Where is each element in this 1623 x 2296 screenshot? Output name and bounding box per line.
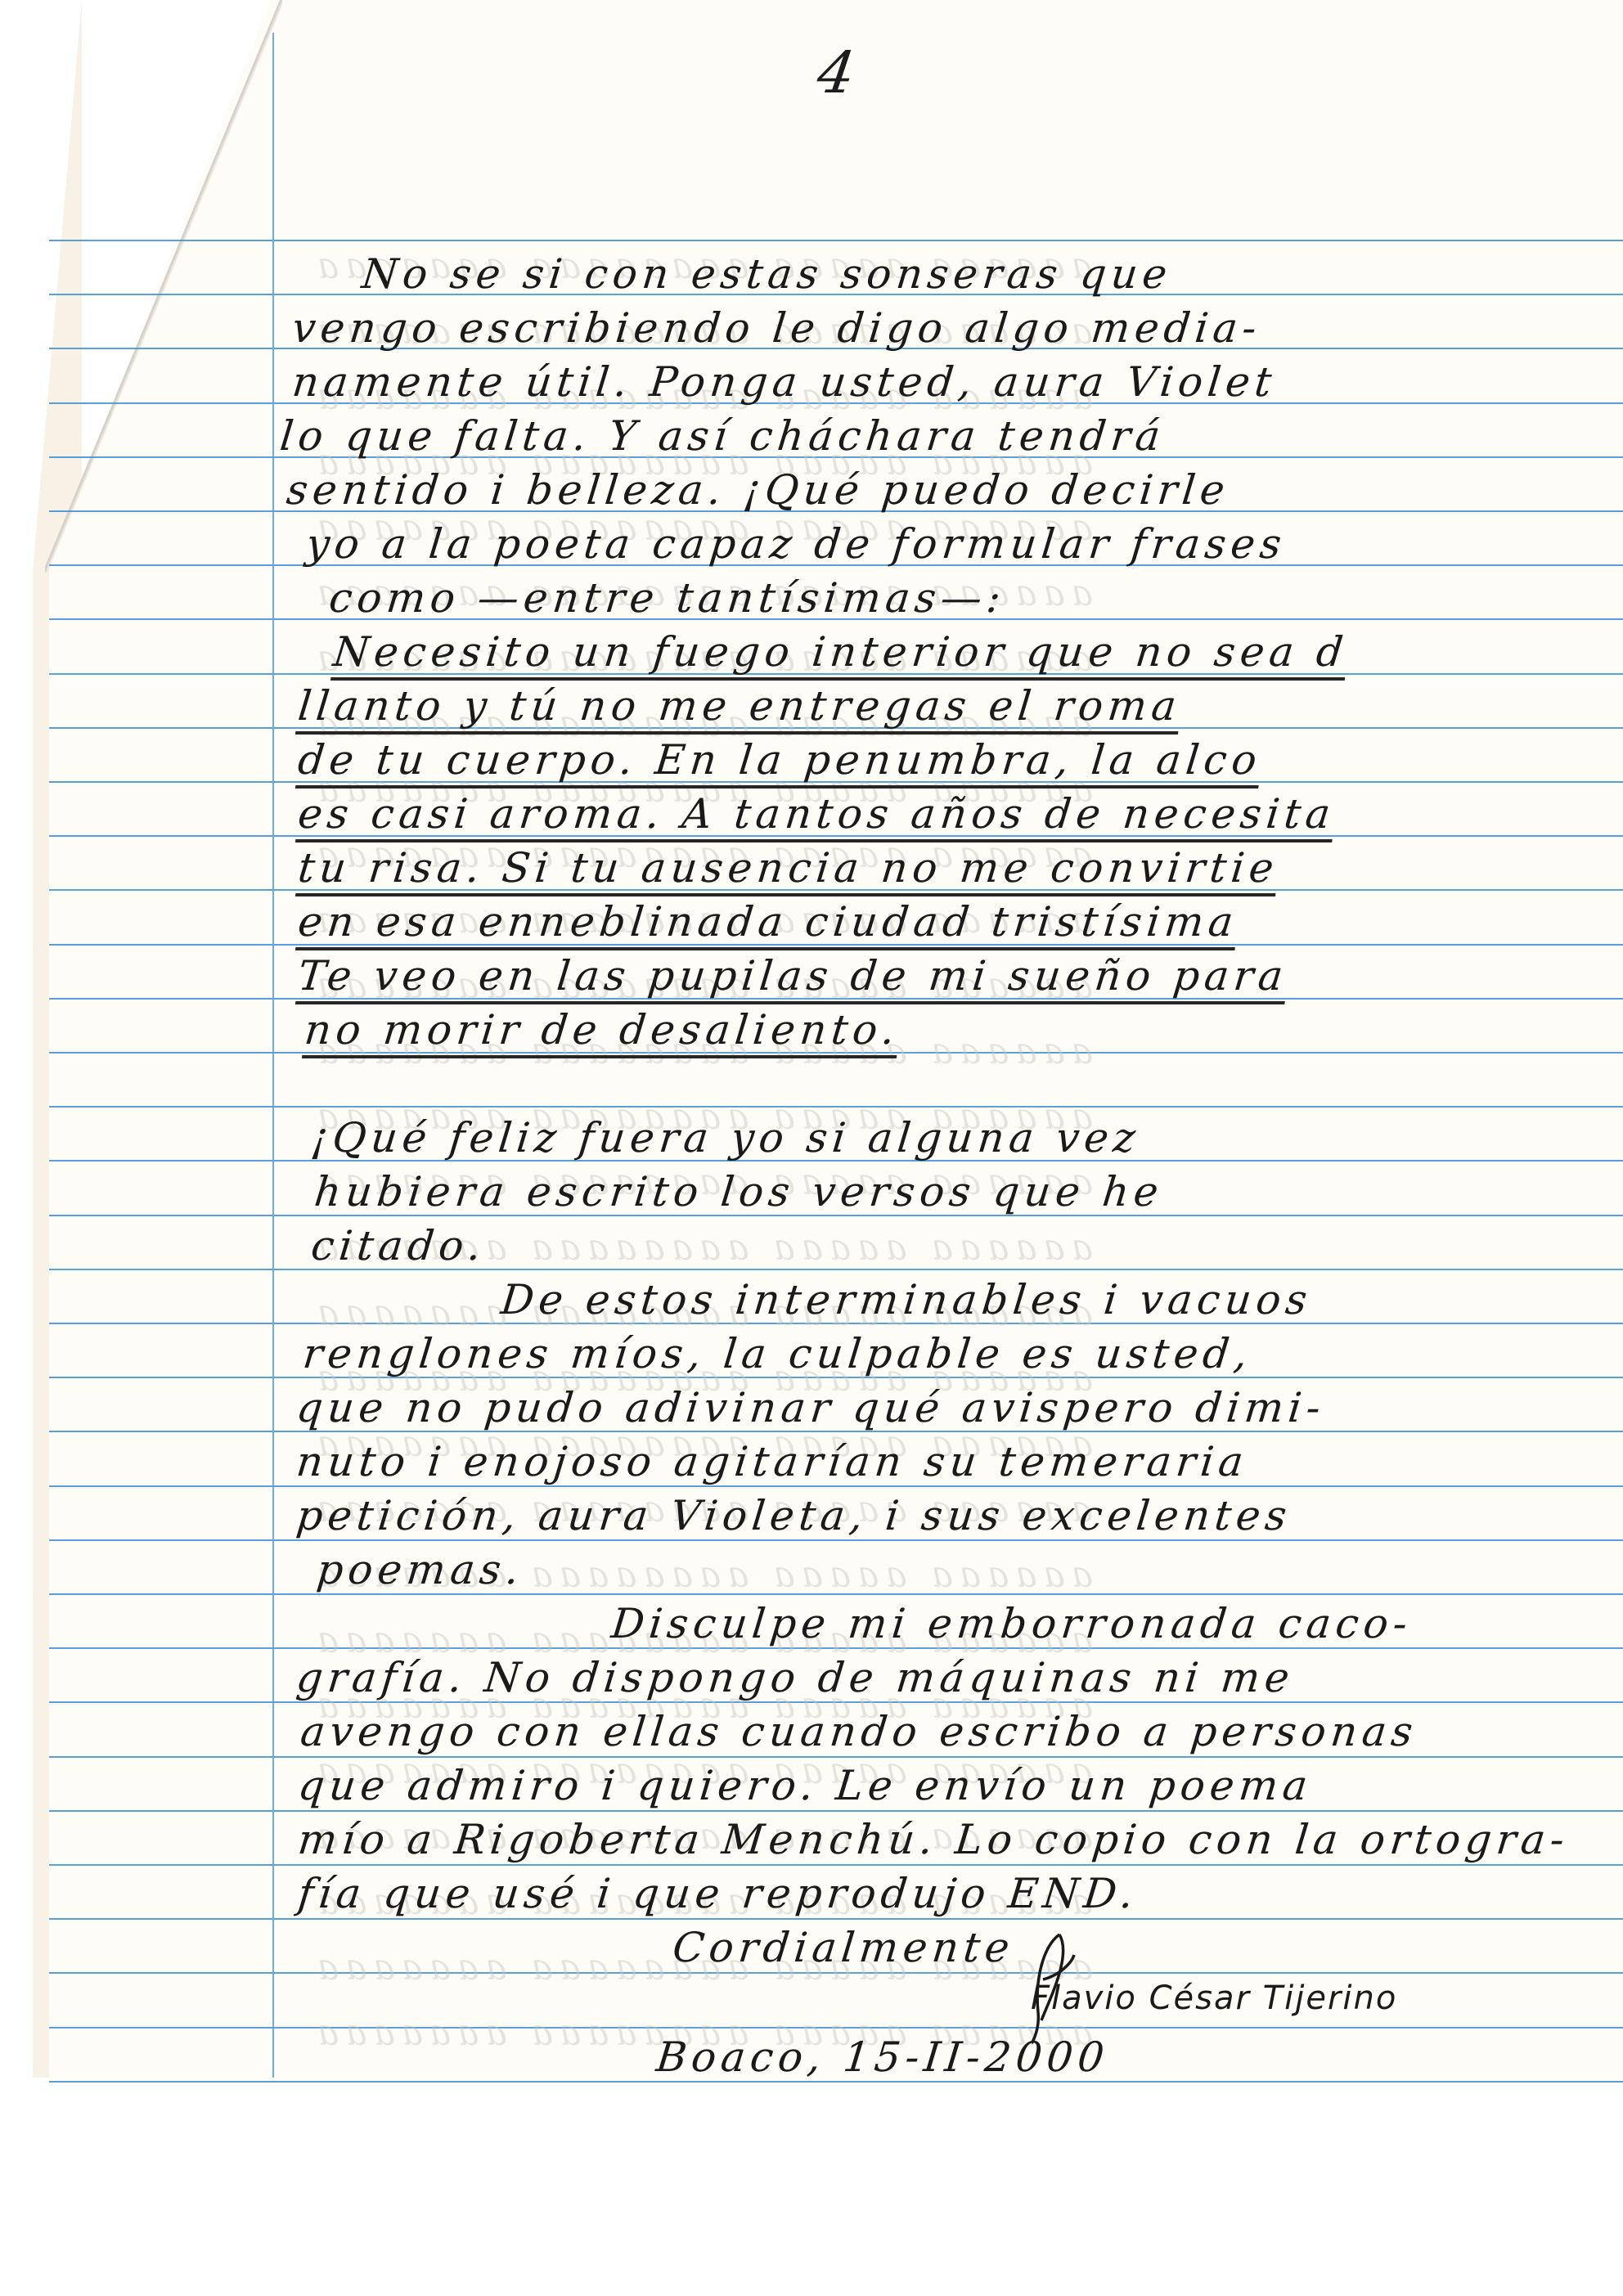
handwritten-line: llanto y tú no me entregas el roma [296, 685, 1183, 726]
handwritten-line: no morir de desaliento. [303, 1009, 901, 1050]
handwritten-line: renglones míos, la culpable es usted, [301, 1333, 1254, 1374]
handwritten-line: Te veo en las pupilas de mi sueño para [296, 955, 1290, 996]
handwritten-line: avengo con ellas cuando escribo a person… [299, 1711, 1419, 1752]
handwritten-line: ¡Qué feliz fuera yo si alguna vez [309, 1117, 1142, 1158]
handwritten-line: No se si con estas sonseras que [360, 254, 1174, 294]
place-and-date: Boaco, 15-II-2000 [654, 2037, 1111, 2078]
handwritten-line: vengo escribiendo le digo algo media- [290, 308, 1263, 348]
handwritten-line: mío a Rigoberta Menchú. Lo copio con la … [296, 1819, 1571, 1860]
handwritten-line: namente útil. Ponga usted, aura Violet [290, 362, 1279, 402]
handwritten-line: en esa enneblinada ciudad tristísima [296, 901, 1240, 942]
signature-name: Flavio César Tijerino [1031, 1979, 1397, 2017]
ruled-line [49, 2081, 1623, 2083]
handwritten-line: poemas. [315, 1549, 526, 1590]
handwritten-line: lo que falta. Y así cháchara tendrá [278, 416, 1167, 456]
handwritten-line: que admiro i quiero. Le envío un poema [296, 1765, 1315, 1806]
closing-salutation: Cordialmente [671, 1927, 1016, 1968]
handwritten-line: que no pudo adivinar qué avispero dimi- [294, 1387, 1327, 1428]
handwritten-line: sentido i belleza. ¡Qué puedo decirle [285, 470, 1231, 510]
handwritten-line: citado. [309, 1225, 488, 1266]
handwritten-line: nuto i enojoso agitarían su temeraria [294, 1441, 1250, 1482]
ruled-line [49, 1539, 1623, 1541]
ruled-line [49, 1864, 1623, 1866]
handwritten-line: es casi aroma. A tantos años de necesita [296, 793, 1338, 834]
ruled-line [49, 240, 1623, 241]
ruled-line [49, 1269, 1623, 1270]
handwritten-line: de tu cuerpo. En la penumbra, la alco [296, 739, 1263, 780]
ruled-line [49, 1810, 1623, 1812]
handwritten-line: yo a la poeta capaz de formular frases [304, 523, 1288, 564]
handwritten-line: Necesito un fuego interior que no sea d [331, 631, 1350, 672]
handwritten-line: Disculpe mi emborronada caco- [609, 1603, 1414, 1644]
handwritten-line: fía que usé i que reprodujo END. [296, 1873, 1140, 1914]
handwritten-line: como —entre tantísimas—: [327, 577, 1008, 618]
margin-line [272, 33, 274, 2078]
handwritten-line: tu risa. Si tu ausencia no me convirtie [296, 847, 1280, 888]
handwritten-line: grafía. No dispongo de máquinas ni me [294, 1657, 1296, 1698]
handwritten-line: De estos interminables i vacuos [499, 1279, 1314, 1320]
handwritten-line: hubiera escrito los versos que he [312, 1171, 1165, 1212]
handwritten-line: petición, aura Violeta, i sus excelentes [294, 1495, 1293, 1536]
